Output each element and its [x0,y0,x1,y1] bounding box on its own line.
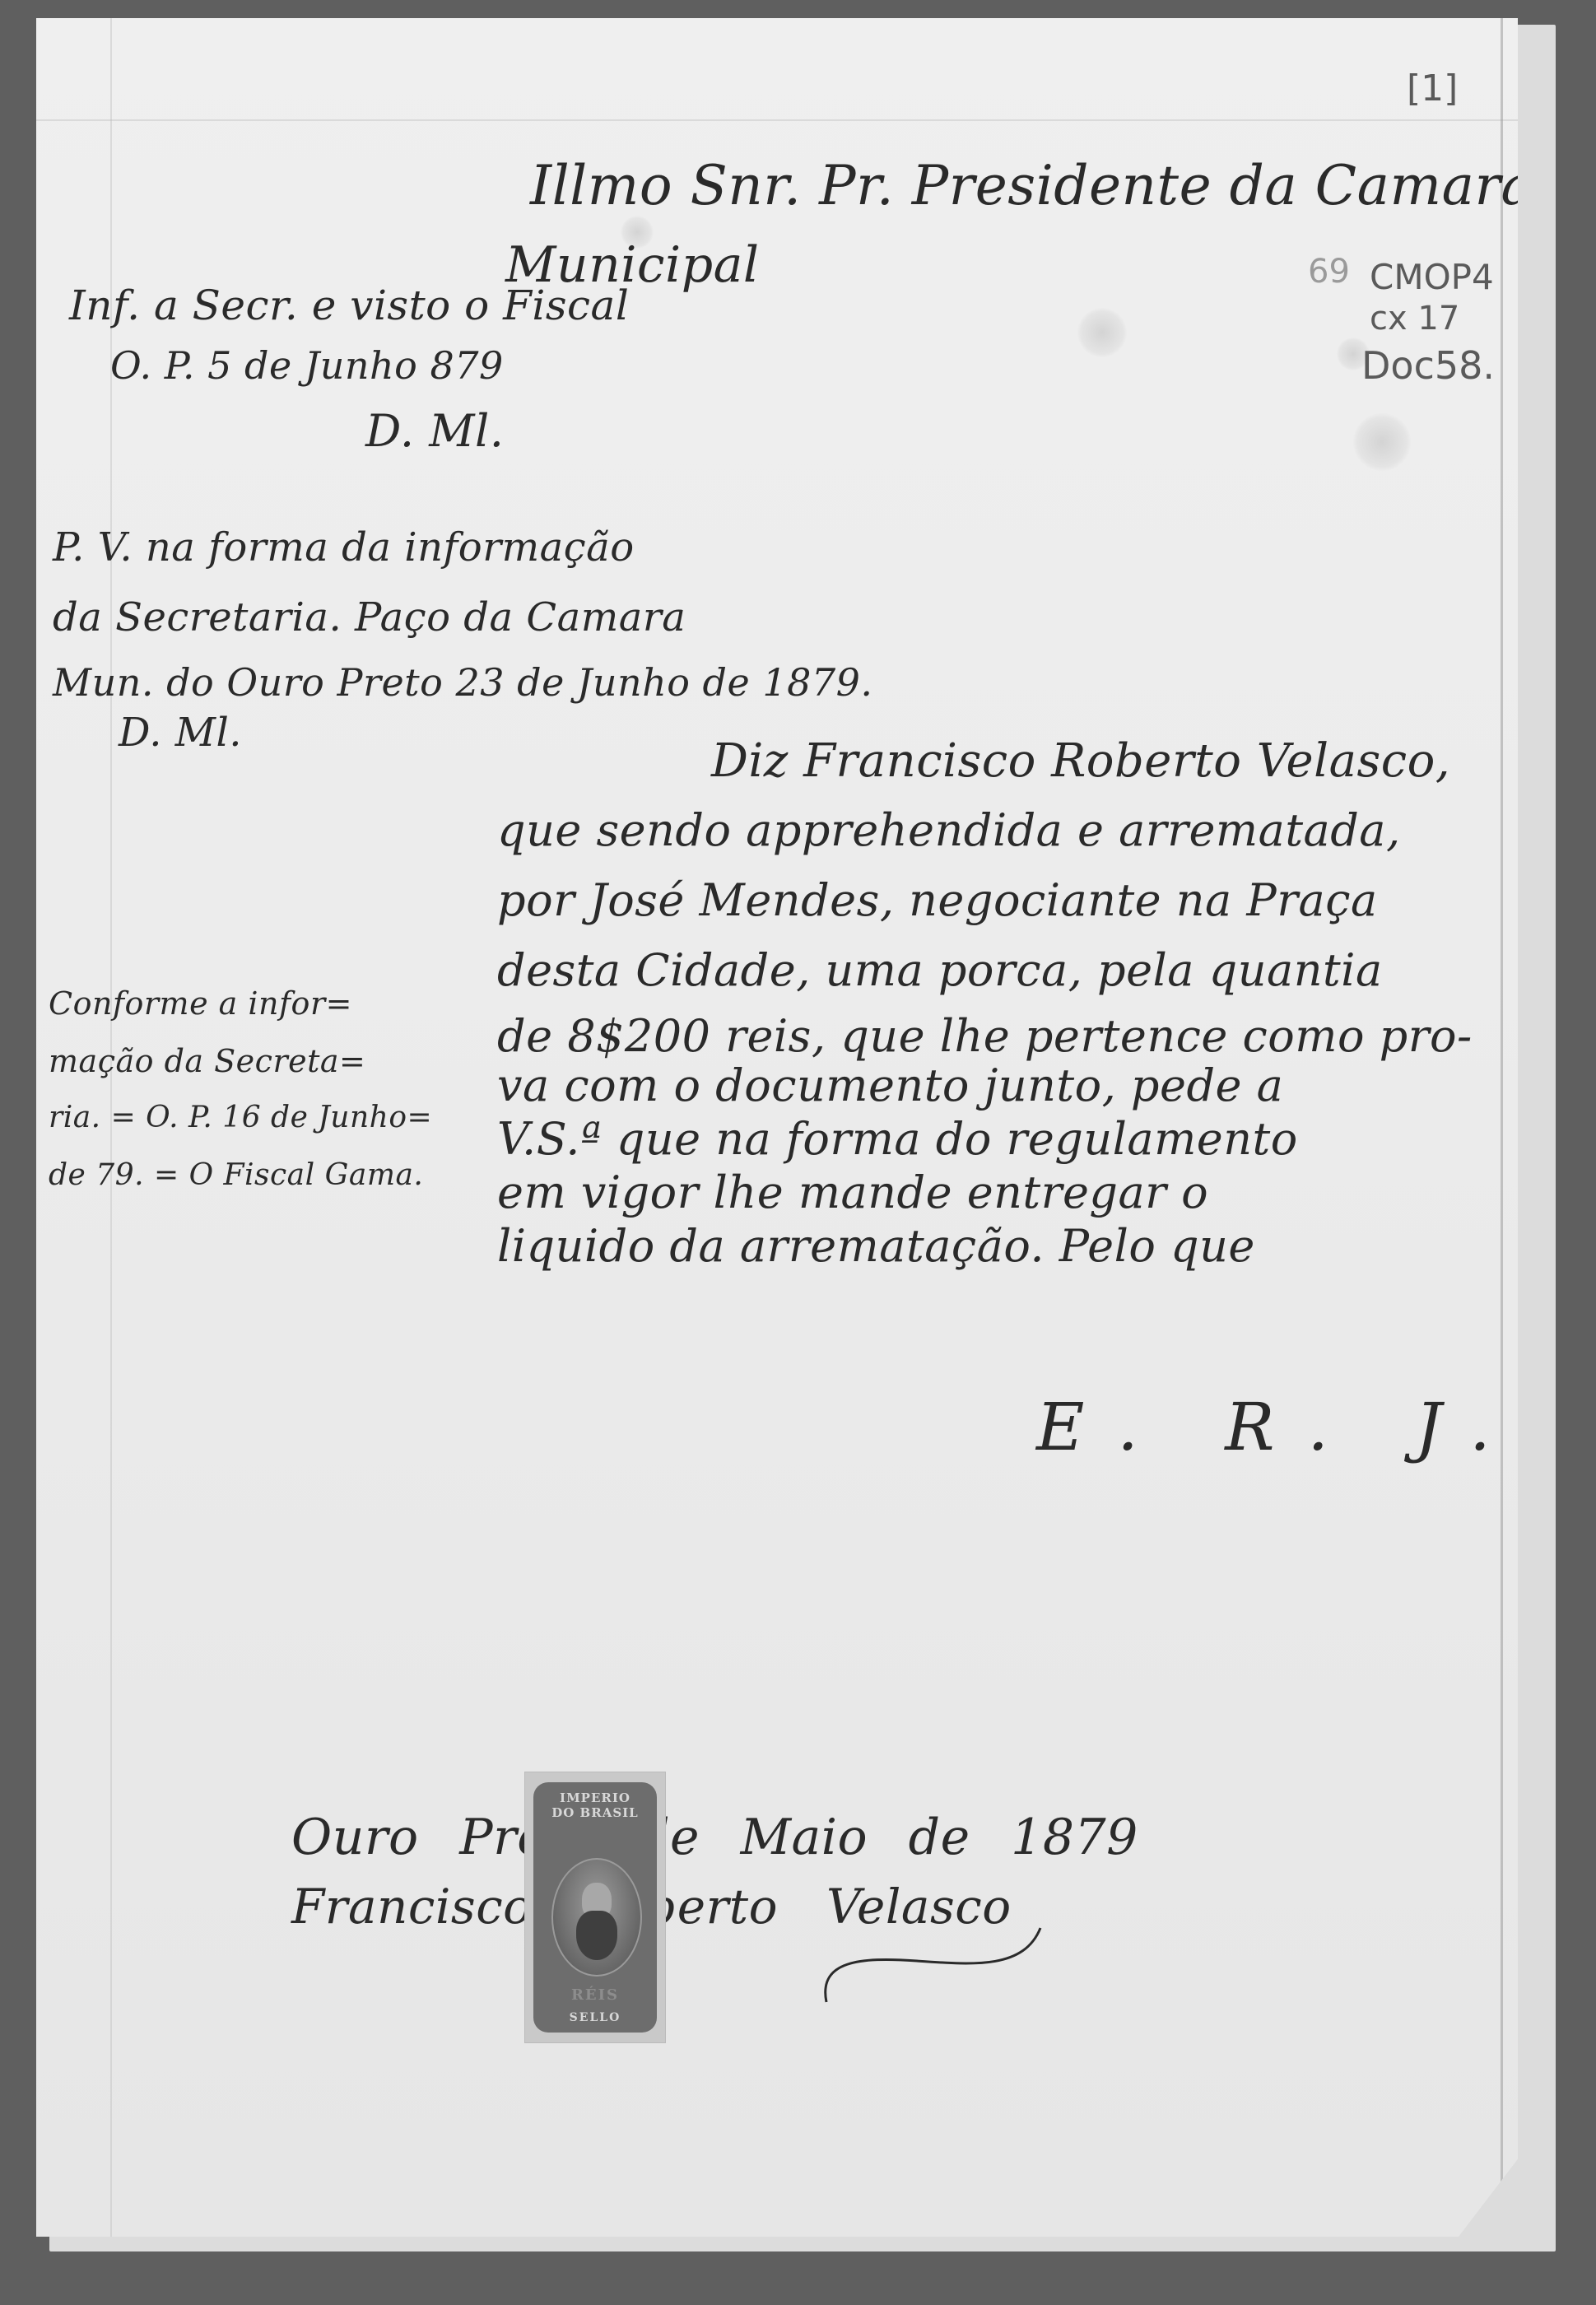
despacho-top-line-1: Inf. a Secr. e visto o Fiscal [69,282,629,329]
stain [1077,308,1127,357]
despacho-left-line-3: Mun. do Ouro Preto 23 de Junho de 1879. [53,660,873,705]
signature-flourish [810,1912,1057,2010]
petition-line-9: liquido da arrematação. Pelo que [497,1220,1255,1272]
petition-line-5: de 8$200 reis, que lhe pertence como pro… [497,1010,1473,1062]
petition-line-2: que sendo apprehendida e arrematada, [497,804,1401,856]
despacho-top-line-3: D. Ml. [365,405,504,457]
stamp-header-line-1: IMPERIO [533,1790,657,1805]
margin-note-line-4: de 79. = O Fiscal Gama. [49,1158,423,1192]
margin-note-line-1: Conforme a infor= [49,985,352,1022]
despacho-left-line-2: da Secretaria. Paço da Camara [53,594,686,640]
stamp-face: IMPERIO DO BRASIL RÉIS SELLO [533,1782,657,2033]
stamp-header-line-2: DO BRASIL [533,1805,657,1820]
page-marker: [1] [1407,68,1458,109]
despacho-top-line-2: O. P. 5 de Junho 879 [110,343,504,388]
stamp-value: RÉIS [533,1986,657,2004]
stamp-footer: SELLO [533,2011,657,2024]
page-edge [1501,18,1503,2237]
portrait-beard [576,1911,617,1960]
archive-collection: CMOP4 [1370,257,1494,297]
margin-note-line-3: ria. = O. P. 16 de Junho= [49,1101,432,1134]
margin-note-line-2: mação da Secreta= [49,1043,365,1079]
revenue-stamp: IMPERIO DO BRASIL RÉIS SELLO [524,1772,666,2043]
archive-box: cx 17 [1370,300,1459,338]
petition-line-7: V.S.ª que na forma do regulamento [497,1113,1298,1165]
petition-line-6: va com o documento junto, pede a [497,1059,1283,1111]
salutation-line-1: Illmo Snr. Pr. Presidente da Camara [530,154,1533,217]
fold-line-horizontal [36,119,1518,121]
petition-line-8: em vigor lhe mande entregar o [497,1166,1208,1218]
despacho-left-line-1: P. V. na forma da informação [53,524,635,570]
petition-line-4: desta Cidade, uma porca, pela quantia [497,944,1383,996]
faint-folio-number: 69 [1308,253,1350,291]
archive-doc: Doc58. [1361,343,1495,388]
despacho-left-line-4: D. Ml. [119,710,242,756]
petition-line-1: Diz Francisco Roberto Velasco, [711,734,1450,788]
petition-line-3: por José Mendes, negociante na Praça [497,874,1378,926]
place-date: Ouro Preto de Maio de 1879 [291,1809,1138,1866]
closing-formula: E. R. J. [1036,1389,1524,1465]
stamp-header: IMPERIO DO BRASIL [533,1790,657,1820]
document-page: [1] 69 CMOP4 cx 17 Doc58. Illmo Snr. Pr.… [36,18,1518,2237]
stain [1353,413,1411,471]
emperor-portrait-icon [551,1858,642,1977]
